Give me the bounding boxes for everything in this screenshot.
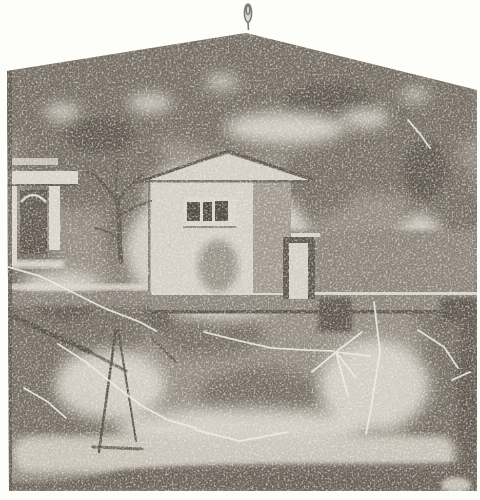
hook-pin <box>248 23 249 31</box>
artwork-photo: Black-and-white halftone reproduction of… <box>0 0 480 500</box>
grain-fine-overlay <box>0 20 480 500</box>
fresco-panel <box>0 20 480 500</box>
fresco-panel-image: Black-and-white halftone reproduction of… <box>0 0 480 500</box>
hook-ring <box>244 4 251 22</box>
